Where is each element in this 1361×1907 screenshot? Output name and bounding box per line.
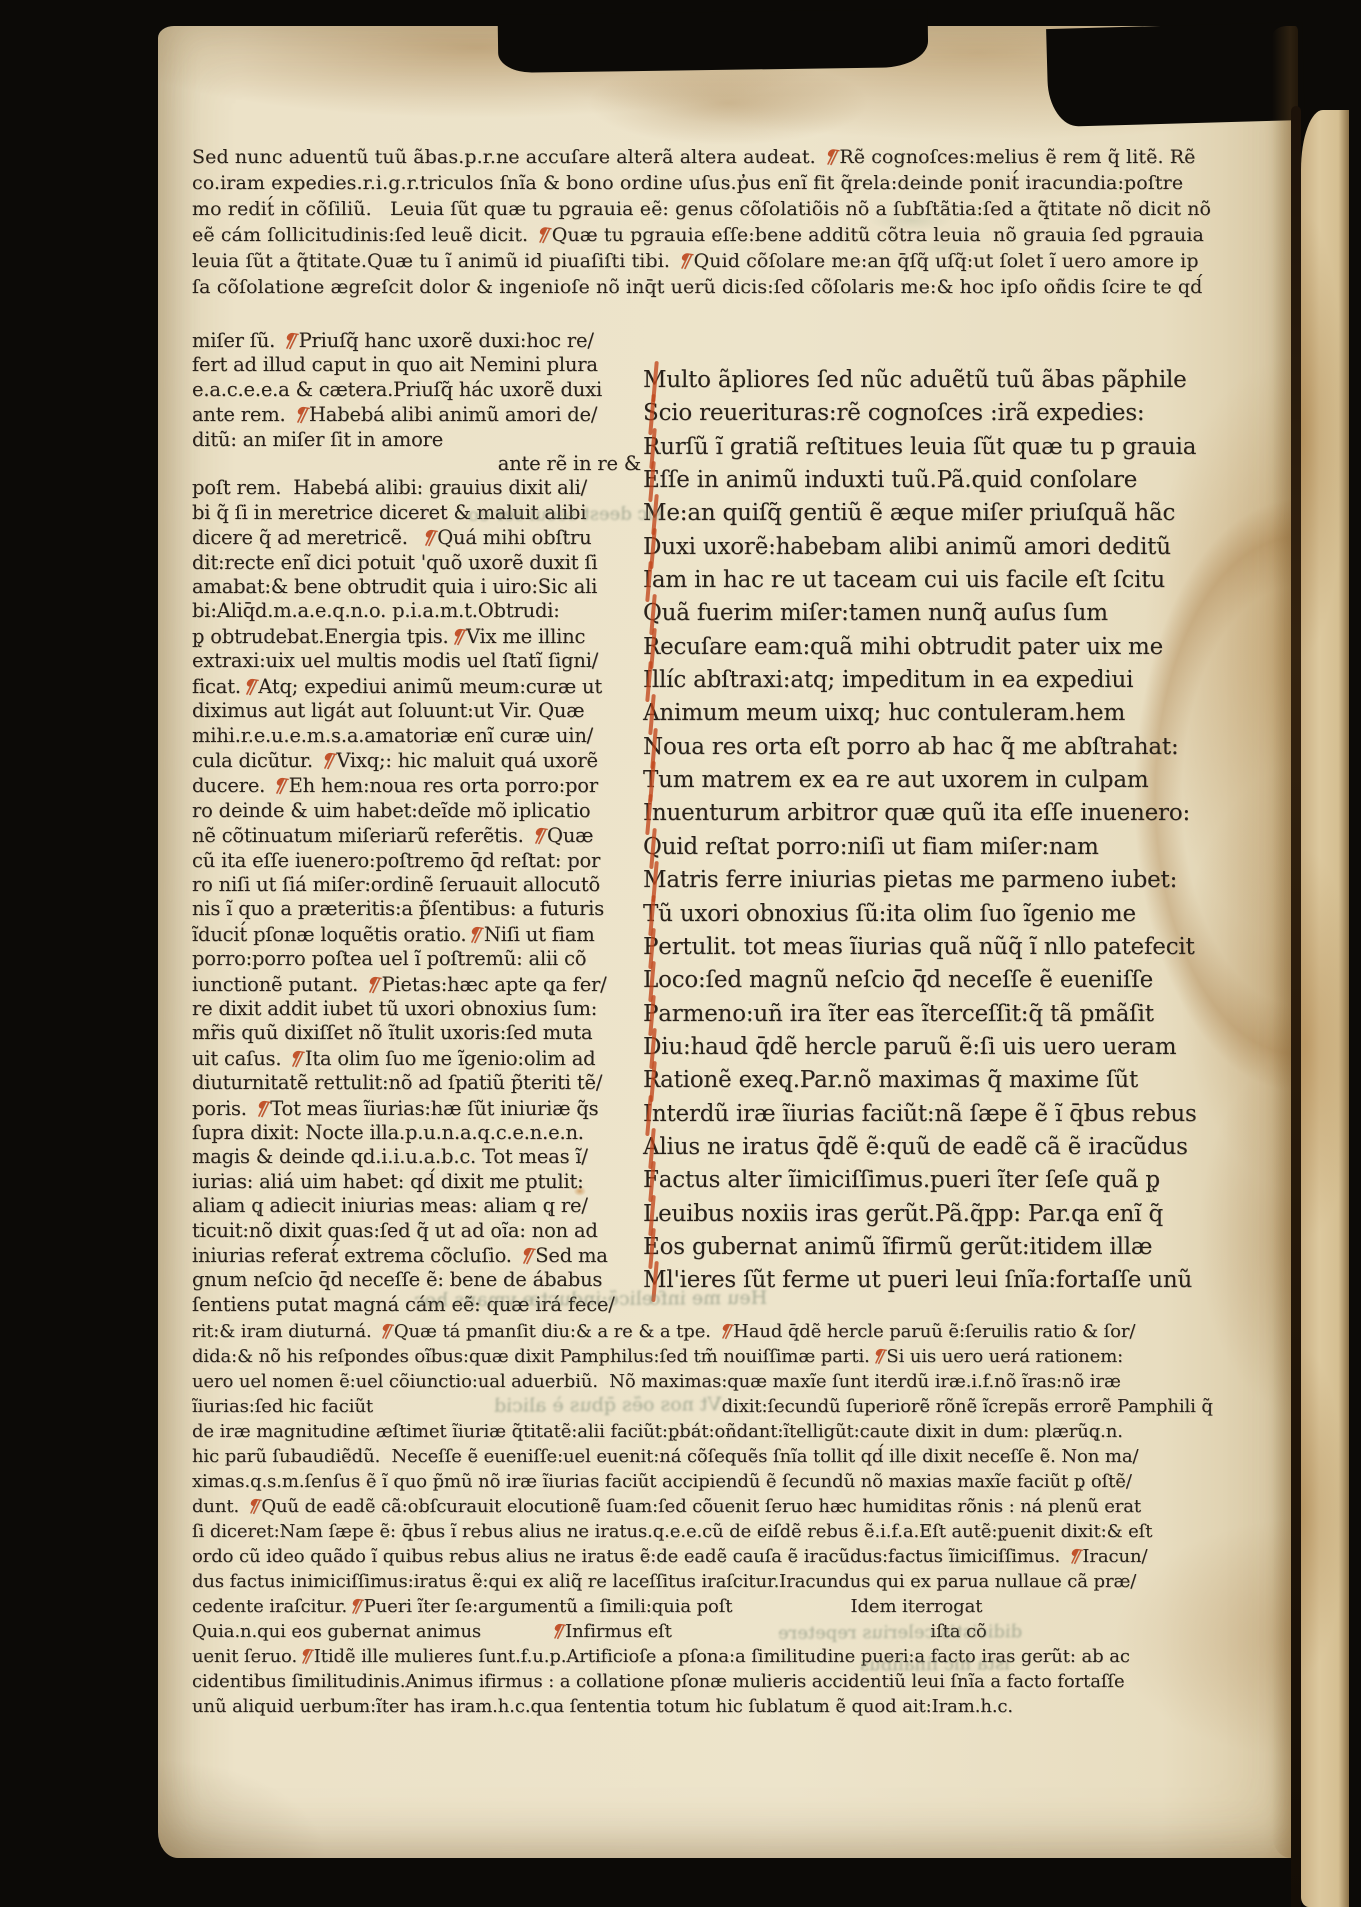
binding-gutter xyxy=(1291,106,1301,1907)
main-text-column: Multo ãpliores ſed nũc aduẽtũ tuũ ãbas p… xyxy=(643,300,1204,1298)
text-line: iniurias referat́ extrema cõcluſio. ¶Sed… xyxy=(192,1243,643,1268)
text-line: Inuenturum arbitror quæ quũ ita eſſe inu… xyxy=(643,797,1204,830)
text-block: Sed nunc aduentũ tuũ ãbas.p.r.ne accuſar… xyxy=(192,144,1204,1719)
text-line: ante rem. ¶Habebá alibi animũ amori de/ xyxy=(192,402,643,427)
text-line: dit:recte enĩ dici potuit 'quõ uxorẽ dux… xyxy=(192,551,643,575)
text-line: amabat:& bene obtrudit quia i uiro:Sic a… xyxy=(192,575,643,599)
text-line: ro deinde & uim habet:deĩde mõ iplicatio xyxy=(192,799,643,823)
text-line: ro niſi ut ſiá miſer:ordinẽ ſeruauit all… xyxy=(192,873,643,897)
pilcrow-mark: ¶ xyxy=(518,1242,537,1268)
text-line: Iam in hac re ut taceam cui uis facile e… xyxy=(643,564,1204,597)
text-line: ĩducit́ pſonæ loquẽtis oratio.¶Niſi ut f… xyxy=(192,922,643,947)
text-line: re dixit addit iubet tũ uxori obnoxius ſ… xyxy=(192,997,643,1021)
text-line: cũ ita eſſe iuenero:poſtremo q̄d reſtat:… xyxy=(192,849,643,873)
text-line: nẽ cõtinuatum miſeriarũ referẽtis. ¶Quæ xyxy=(192,823,643,848)
rubricated-initial: I xyxy=(643,664,652,697)
text-line: cula dicũtur. ¶Vixq;: hic maluit quá uxo… xyxy=(192,748,643,773)
rubricated-initial: M xyxy=(643,364,666,397)
text-line: Multo ãpliores ſed nũc aduẽtũ tuũ ãbas p… xyxy=(643,364,1204,397)
pilcrow-mark: ¶ xyxy=(297,1644,315,1670)
text-line: ordo cũ ideo quãdo ĩ quibus rebus alius … xyxy=(192,1544,1204,1569)
text-line: Noua res orta eſt porro ab hac q̃ me abſ… xyxy=(643,731,1204,764)
pilcrow-mark: ¶ xyxy=(377,1319,395,1345)
rubricated-initial: D xyxy=(643,1031,661,1064)
scanned-book-photo: Sed nunc aduentũ tuũ ãbas.p.r.ne accuſar… xyxy=(0,0,1361,1907)
pilcrow-mark: ¶ xyxy=(676,247,695,274)
commentary-top-block: Sed nunc aduentũ tuũ ãbas.p.r.ne accuſar… xyxy=(192,144,1204,300)
pilcrow-mark: ¶ xyxy=(822,143,841,170)
text-line: dicere q̃ ad meretricẽ. ¶Quá mihi obſtru xyxy=(192,525,643,550)
text-line: mihi.r.e.u.e.m.s.a.amatoriæ enĩ curæ uin… xyxy=(192,724,643,748)
text-line: leuia ſũt a q̃titate.Quæ tu ĩ animũ id p… xyxy=(192,248,1204,274)
rubricated-initial: R xyxy=(643,1064,660,1097)
text-line: bi:Aliq̄d.m.a.e.q.n.o. p.i.a.m.t.Obtrudi… xyxy=(192,599,643,623)
pilcrow-mark: ¶ xyxy=(420,525,439,551)
text-line: hic parũ ſubaudiẽdũ. Neceſſe ẽ eueniſſe:… xyxy=(192,1444,1204,1469)
text-line: Duxi uxorẽ:habebam alibi animũ amori ded… xyxy=(643,531,1204,564)
book-page: Sed nunc aduentũ tuũ ãbas.p.r.ne accuſar… xyxy=(158,26,1298,1858)
text-line: dida:& nõ his reſpondes oĩbus:quæ dixit … xyxy=(192,1344,1204,1369)
pilcrow-mark: ¶ xyxy=(448,623,467,649)
text-line: diximus aut ligát aut ſoluunt:ut Vir. Qu… xyxy=(192,699,643,723)
text-line: uero uel nomen ẽ:uel cõiunctio:ual aduer… xyxy=(192,1369,1204,1394)
pilcrow-mark: ¶ xyxy=(347,1594,365,1620)
text-line: Ml'ieres ſũt ferme ut pueri leui ſnĩa:fo… xyxy=(643,1264,1204,1297)
text-line: nis ĩ quo a præteritis:a p̃ſentibus: a f… xyxy=(192,897,643,921)
text-line: bi q̃ ſi in meretrice diceret & maluit a… xyxy=(192,501,643,525)
text-line: ante rẽ in re & xyxy=(192,452,643,476)
text-line: extraxi:uix uel multis modis uel ſtatĩ ſ… xyxy=(192,649,643,673)
text-line: Tũ uxori obnoxius ſũ:ita olim ſuo ĩgenio… xyxy=(643,898,1204,931)
text-line: ximas.q.s.m.ſenſus ẽ ĩ quo p̃mũ nõ iræ ĩ… xyxy=(192,1469,1204,1494)
text-line: unũ aliquid uerbum:ĩter has iram.h.c.qua… xyxy=(192,1694,1204,1719)
next-page-edge xyxy=(1301,110,1349,1907)
text-line: uenit ſeruo.¶Itidẽ ille mulieres ſunt.f.… xyxy=(192,1644,1204,1669)
text-line: Pertulit. tot meas ĩiurias quã nũq̃ ĩ nl… xyxy=(643,931,1204,964)
text-line: Diu:haud q̄dẽ hercle paruũ ẽ:ſi uis uero… xyxy=(643,1031,1204,1064)
text-line: Quid reſtat porro:niſi ut fiam miſer:nam xyxy=(643,831,1204,864)
text-line: Eſſe in animũ induxti tuũ.Pã.quid conſol… xyxy=(643,464,1204,497)
commentary-left-column: miſer ſũ. ¶Priuſq̃ hanc uxorẽ duxi:hoc r… xyxy=(192,300,643,1317)
text-line: magis & deinde qd.i.i.u.a.b.c. Tot meas … xyxy=(192,1145,643,1169)
text-line: ficat.¶Atq; expediui animũ meum:curæ ut xyxy=(192,674,643,699)
text-line: dunt. ¶Quũ de eadẽ cã:obſcurauit elocuti… xyxy=(192,1494,1204,1519)
rubricated-initial: D xyxy=(643,531,661,564)
pilcrow-mark: ¶ xyxy=(364,971,383,997)
rubricated-initial: F xyxy=(643,1164,659,1197)
pilcrow-mark: ¶ xyxy=(241,673,260,699)
pilcrow-mark: ¶ xyxy=(716,1319,734,1345)
text-line: Factus alter ĩimiciſſimus.pueri ĩter ſeſ… xyxy=(643,1164,1204,1197)
text-line: ditũ: an miſer ſit in amore xyxy=(192,428,643,452)
text-line: p̨ obtrudebat.Energia tpis.¶Vix me illin… xyxy=(192,624,643,649)
text-line: ſentiens putat magná cám eẽ: quæ irá fec… xyxy=(192,1293,643,1317)
rubricated-initial: P xyxy=(643,998,658,1031)
rubricated-initial: R xyxy=(643,631,660,664)
text-line: ĩiurias:ſed hic faciũt dixit:ſecundũ ſup… xyxy=(192,1394,1204,1419)
text-line: ticuit:nõ dixit quas:ſed q̃ ut ad oĩa: n… xyxy=(192,1219,643,1243)
commentary-bottom-block: rit:& iram diuturná. ¶Quæ tá pmanſit diu… xyxy=(192,1319,1204,1719)
text-line: diuturnitatẽ rettulit:nõ ad ſpatiũ p̃ter… xyxy=(192,1071,643,1095)
text-line: Quã fuerim miſer:tamen nunq̃ auſus ſum xyxy=(643,597,1204,630)
rubricated-initial: I xyxy=(643,797,652,830)
scan-shadow-top-right xyxy=(1046,22,1305,127)
text-line: Leuibus noxiis iras gerũt.Pã.q̃pp: Par.q… xyxy=(643,1198,1204,1231)
rubricated-initial: M xyxy=(643,497,666,530)
rubricated-initial: I xyxy=(643,564,652,597)
text-line: Rurſũ ĩ gratiã reſtitues leuia ſũt quæ t… xyxy=(643,431,1204,464)
two-column-region: miſer ſũ. ¶Priuſq̃ hanc uxorẽ duxi:hoc r… xyxy=(192,300,1204,1317)
rubricated-initial: N xyxy=(643,731,663,764)
text-line: iurias: aliá uim habet: qd́ dixit me ptu… xyxy=(192,1170,643,1194)
text-line: Recuſare eam:quã mihi obtrudit pater uix… xyxy=(643,631,1204,664)
rubricated-initial: P xyxy=(643,931,658,964)
rubricated-initial: E xyxy=(643,464,660,497)
rubricated-initial: S xyxy=(643,397,659,430)
text-line: uit caſus. ¶Ita olim ſuo me ĩgenio:olim … xyxy=(192,1046,643,1071)
text-line: porro:porro poſtea uel ĩ poſtremũ: alii … xyxy=(192,947,643,971)
text-line: e.a.c.e.e.a & cætera.Priuſq̃ hác uxorẽ d… xyxy=(192,378,643,402)
text-line: Tum matrem ex ea re aut uxorem in culpam xyxy=(643,764,1204,797)
rubricated-initial: E xyxy=(643,1231,660,1264)
pilcrow-mark: ¶ xyxy=(534,221,553,248)
pilcrow-mark: ¶ xyxy=(319,747,338,773)
pilcrow-mark: ¶ xyxy=(529,823,548,849)
rubricated-initial: T xyxy=(643,898,658,931)
rubricated-initial: A xyxy=(643,697,659,730)
pilcrow-mark: ¶ xyxy=(548,1619,566,1645)
pilcrow-mark: ¶ xyxy=(253,1095,272,1121)
text-line: aliam q̨ adiecit iniurias meas: aliam q̨… xyxy=(192,1194,643,1218)
text-line: poſt rem. Habebá alibi: grauius dixit al… xyxy=(192,476,643,500)
text-line: ducere. ¶Eh hem:noua res orta porro:por xyxy=(192,773,643,798)
text-line: Animum meum uixq; huc contuleram.hem xyxy=(643,697,1204,730)
text-line: miſer ſũ. ¶Priuſq̃ hanc uxorẽ duxi:hoc r… xyxy=(192,328,643,353)
rubricated-initial: T xyxy=(643,764,658,797)
text-line: gnum neſcio q̄d neceſſe ẽ: bene de ábabu… xyxy=(192,1268,643,1292)
text-line: eẽ cám ſollicitudinis:ſed leuẽ dicit. ¶Q… xyxy=(192,222,1204,248)
scan-shadow-top-middle xyxy=(498,9,929,73)
text-line: mr̃is quũ dixiſſet nõ ĩtulit uxoris:ſed … xyxy=(192,1021,643,1045)
rubricated-initial: R xyxy=(643,431,660,464)
text-line: co.iram expedies.r.i.g.r.triculos ſnĩa &… xyxy=(192,170,1204,196)
text-line: ſi diceret:Nam ſæpe ẽ: q̄bus ĩ rebus ali… xyxy=(192,1519,1204,1544)
rubricated-initial: L xyxy=(643,1198,658,1231)
text-line: ſupra dixit: Nocte illa.p.u.n.a.q.c.e.n.… xyxy=(192,1121,643,1145)
text-line: cedente iraſcitur.¶Pueri ĩter ſe:argumen… xyxy=(192,1594,1204,1619)
pilcrow-mark: ¶ xyxy=(466,921,485,947)
pilcrow-mark: ¶ xyxy=(245,1494,263,1520)
rubricated-initial: M xyxy=(643,1264,666,1297)
pilcrow-mark: ¶ xyxy=(281,327,300,353)
pilcrow-mark: ¶ xyxy=(271,773,290,799)
pilcrow-mark: ¶ xyxy=(1066,1544,1084,1570)
rubricated-initial: I xyxy=(643,1098,652,1131)
rubricated-initial: L xyxy=(643,964,658,997)
text-line: Loco:ſed magnũ neſcio q̄d neceſſe ẽ euen… xyxy=(643,964,1204,997)
text-line: ſa cõſolatione ægreſcit dolor & ingenioſ… xyxy=(192,274,1204,300)
text-line: Interdũ iræ ĩiurias faciũt:nã ſæpe ẽ ĩ q… xyxy=(643,1098,1204,1131)
text-line: Rationẽ exeq̨.Par.nõ maximas q̃ maxime ſ… xyxy=(643,1064,1204,1097)
text-line: poris. ¶Tot meas ĩiurias:hæ ſũt iniuriæ … xyxy=(192,1096,643,1121)
text-line: Quia.n.qui eos gubernat animus ¶Infirmus… xyxy=(192,1619,1204,1644)
text-line: Eos gubernat animũ ĩfirmũ gerũt:itidem i… xyxy=(643,1231,1204,1264)
text-line: Alius ne iratus q̄dẽ ẽ:quũ de eadẽ cã ẽ … xyxy=(643,1131,1204,1164)
text-line: Illíc abſtraxi:atq; impeditum in ea expe… xyxy=(643,664,1204,697)
text-line: fert ad illud caput in quo ait Nemini pl… xyxy=(192,353,643,377)
rubricated-initial: Q xyxy=(643,597,662,630)
rubricated-initial: Q xyxy=(643,831,662,864)
text-line: Sed nunc aduentũ tuũ ãbas.p.r.ne accuſar… xyxy=(192,144,1204,170)
pilcrow-mark: ¶ xyxy=(287,1045,306,1071)
text-line: Parmeno:uñ ira ĩter eas ĩterceſſit:q̃ tã… xyxy=(643,998,1204,1031)
pilcrow-mark: ¶ xyxy=(870,1344,888,1370)
pilcrow-mark: ¶ xyxy=(291,402,310,428)
text-line: rit:& iram diuturná. ¶Quæ tá pmanſit diu… xyxy=(192,1319,1204,1344)
text-line: mo redit́ in cõſiliũ. Leuia ſũt quæ tu p… xyxy=(192,196,1204,222)
text-line: Matris ferre iniurias pietas me parmeno … xyxy=(643,864,1204,897)
text-line: iunctionẽ putant. ¶Pietas:hæc apte q̨a f… xyxy=(192,972,643,997)
rubricated-initial: A xyxy=(643,1131,659,1164)
text-line: cidentibus ſimilitudinis.Animus ifirmus … xyxy=(192,1669,1204,1694)
rubricated-initial: M xyxy=(643,864,666,897)
text-line: de iræ magnitudine æſtimet ĩiuriæ q̃tita… xyxy=(192,1419,1204,1444)
text-line: Scio reuerituras:rẽ cognoſces :irã exped… xyxy=(643,397,1204,430)
text-line: dus factus inimiciſſimus:iratus ẽ:qui ex… xyxy=(192,1569,1204,1594)
text-line: Me:an quiſq̃ gentiũ ẽ æque miſer priuſqu… xyxy=(643,497,1204,530)
